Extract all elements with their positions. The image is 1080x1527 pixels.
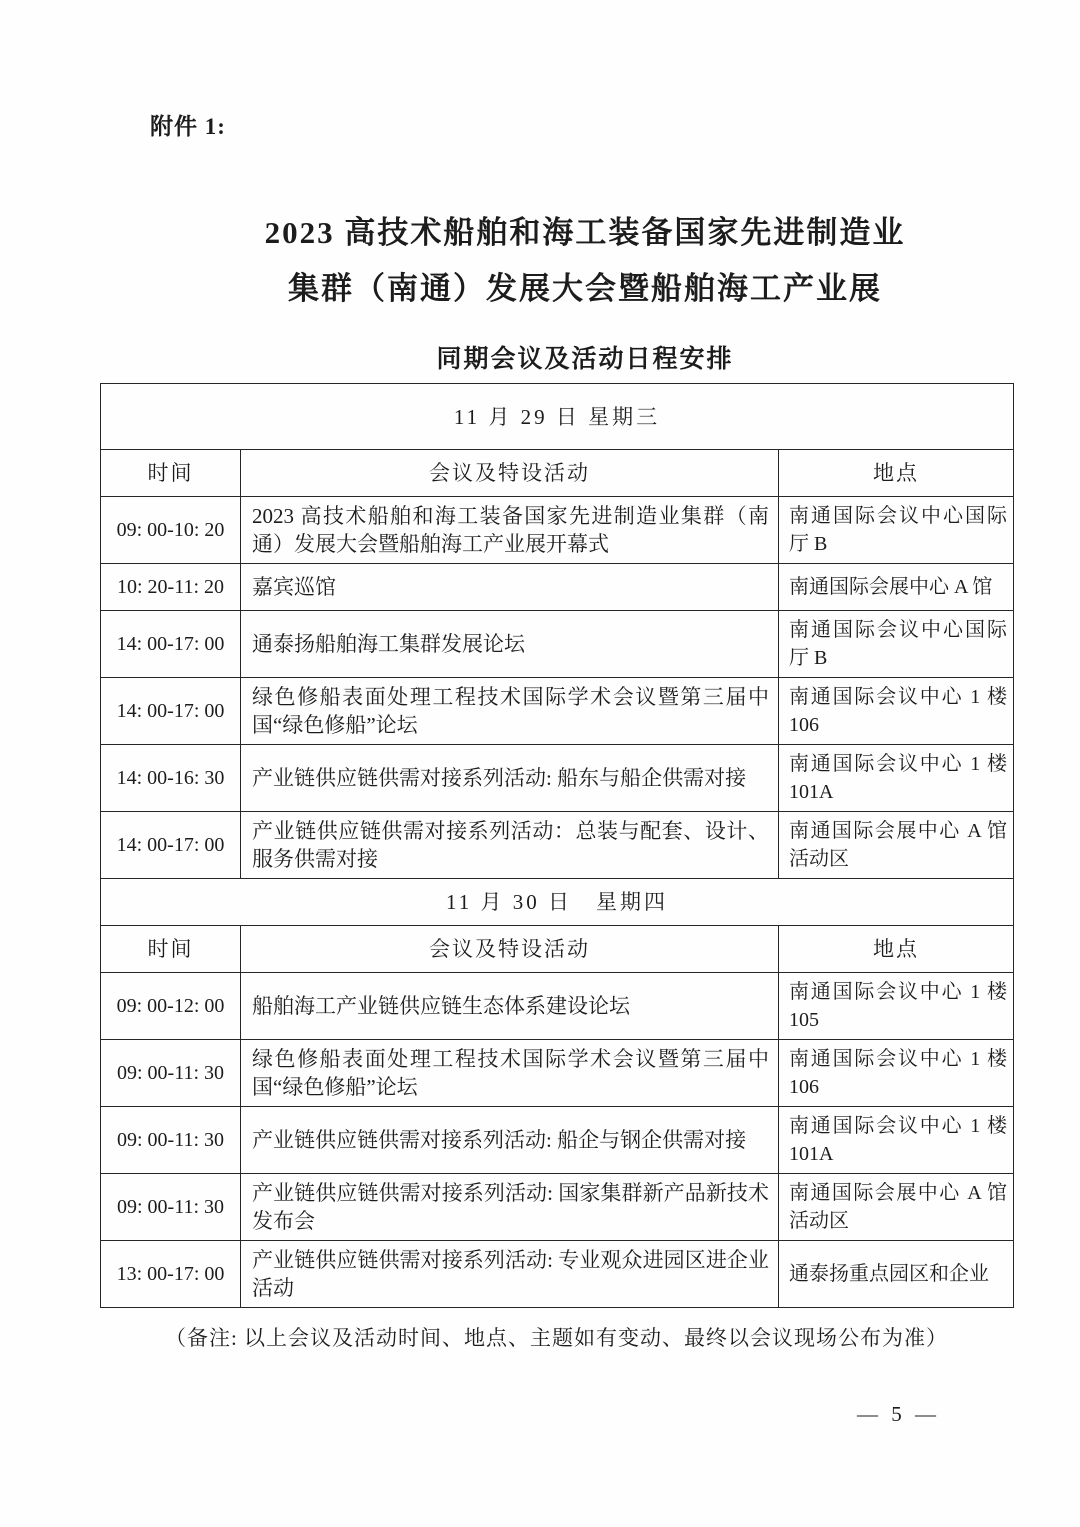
column-header-time: 时间 (101, 926, 241, 973)
schedule-row: 09: 00-11: 30 产业链供应链供需对接系列活动: 船企与钢企供需对接 … (101, 1107, 1014, 1174)
time-cell: 09: 00-11: 30 (101, 1107, 241, 1174)
day1-date-row: 11 月 29 日 星期三 (101, 384, 1014, 450)
column-header-location: 地点 (779, 926, 1014, 973)
schedule-row: 09: 00-10: 20 2023 高技术船舶和海工装备国家先进制造业集群（南… (101, 497, 1014, 564)
schedule-subtitle: 同期会议及活动日程安排 (190, 339, 980, 375)
day2-date-row: 11 月 30 日 星期四 (101, 879, 1014, 926)
time-cell: 13: 00-17: 00 (101, 1241, 241, 1308)
time-cell: 09: 00-11: 30 (101, 1040, 241, 1107)
activity-cell: 产业链供应链供需对接系列活动: 船东与船企供需对接 (241, 745, 779, 812)
activity-cell: 2023 高技术船舶和海工装备国家先进制造业集群（南通）发展大会暨船舶海工产业展… (241, 497, 779, 564)
schedule-row: 14: 00-17: 00 绿色修船表面处理工程技术国际学术会议暨第三届中国“绿… (101, 678, 1014, 745)
time-cell: 14: 00-16: 30 (101, 745, 241, 812)
day2-column-header-row: 时间 会议及特设活动 地点 (101, 926, 1014, 973)
attachment-label: 附件 1: (150, 108, 226, 141)
location-cell: 南通国际会议中心 1 楼 101A (779, 1107, 1014, 1174)
document-title-line1: 2023 高技术船舶和海工装备国家先进制造业 (190, 205, 980, 261)
schedule-row: 09: 00-11: 30 产业链供应链供需对接系列活动: 国家集群新产品新技术… (101, 1174, 1014, 1241)
location-cell: 南通国际会议中心国际厅 B (779, 497, 1014, 564)
schedule-note: （备注: 以上会议及活动时间、地点、主题如有变动、最终以会议现场公布为准） (100, 1322, 1013, 1352)
time-cell: 14: 00-17: 00 (101, 812, 241, 879)
time-cell: 09: 00-12: 00 (101, 973, 241, 1040)
schedule-table: 11 月 29 日 星期三 时间 会议及特设活动 地点 09: 00-10: 2… (100, 383, 1014, 1308)
activity-cell: 绿色修船表面处理工程技术国际学术会议暨第三届中国“绿色修船”论坛 (241, 1040, 779, 1107)
document-heading: 2023 高技术船舶和海工装备国家先进制造业 集群（南通）发展大会暨船舶海工产业… (190, 205, 980, 375)
location-cell: 南通国际会议中心 1 楼 106 (779, 1040, 1014, 1107)
activity-cell: 产业链供应链供需对接系列活动：总装与配套、设计、服务供需对接 (241, 812, 779, 879)
time-cell: 09: 00-10: 20 (101, 497, 241, 564)
location-cell: 南通国际会议中心国际厅 B (779, 611, 1014, 678)
schedule-row: 14: 00-16: 30 产业链供应链供需对接系列活动: 船东与船企供需对接 … (101, 745, 1014, 812)
time-cell: 09: 00-11: 30 (101, 1174, 241, 1241)
location-cell: 通泰扬重点园区和企业 (779, 1241, 1014, 1308)
schedule-row: 14: 00-17: 00 产业链供应链供需对接系列活动：总装与配套、设计、服务… (101, 812, 1014, 879)
location-cell: 南通国际会展中心 A 馆活动区 (779, 1174, 1014, 1241)
time-cell: 14: 00-17: 00 (101, 678, 241, 745)
schedule-row: 09: 00-11: 30 绿色修船表面处理工程技术国际学术会议暨第三届中国“绿… (101, 1040, 1014, 1107)
time-cell: 14: 00-17: 00 (101, 611, 241, 678)
day1-column-header-row: 时间 会议及特设活动 地点 (101, 450, 1014, 497)
activity-cell: 产业链供应链供需对接系列活动: 船企与钢企供需对接 (241, 1107, 779, 1174)
day2-date-header: 11 月 30 日 星期四 (101, 879, 1014, 926)
document-title-line2: 集群（南通）发展大会暨船舶海工产业展 (190, 261, 980, 317)
time-cell: 10: 20-11: 20 (101, 564, 241, 611)
activity-cell: 产业链供应链供需对接系列活动: 国家集群新产品新技术发布会 (241, 1174, 779, 1241)
activity-cell: 船舶海工产业链供应链生态体系建设论坛 (241, 973, 779, 1040)
column-header-activity: 会议及特设活动 (241, 926, 779, 973)
column-header-location: 地点 (779, 450, 1014, 497)
column-header-activity: 会议及特设活动 (241, 450, 779, 497)
activity-cell: 通泰扬船舶海工集群发展论坛 (241, 611, 779, 678)
schedule-row: 10: 20-11: 20 嘉宾巡馆 南通国际会展中心 A 馆 (101, 564, 1014, 611)
day1-date-header: 11 月 29 日 星期三 (101, 384, 1014, 450)
page-number: — 5 — (857, 1402, 940, 1427)
location-cell: 南通国际会展中心 A 馆活动区 (779, 812, 1014, 879)
activity-cell: 绿色修船表面处理工程技术国际学术会议暨第三届中国“绿色修船”论坛 (241, 678, 779, 745)
location-cell: 南通国际会展中心 A 馆 (779, 564, 1014, 611)
location-cell: 南通国际会议中心 1 楼 101A (779, 745, 1014, 812)
location-cell: 南通国际会议中心 1 楼 106 (779, 678, 1014, 745)
schedule-row: 14: 00-17: 00 通泰扬船舶海工集群发展论坛 南通国际会议中心国际厅 … (101, 611, 1014, 678)
schedule-row: 09: 00-12: 00 船舶海工产业链供应链生态体系建设论坛 南通国际会议中… (101, 973, 1014, 1040)
column-header-time: 时间 (101, 450, 241, 497)
location-cell: 南通国际会议中心 1 楼 105 (779, 973, 1014, 1040)
document-page: 附件 1: 2023 高技术船舶和海工装备国家先进制造业 集群（南通）发展大会暨… (0, 0, 1080, 1527)
activity-cell: 嘉宾巡馆 (241, 564, 779, 611)
activity-cell: 产业链供应链供需对接系列活动: 专业观众进园区进企业活动 (241, 1241, 779, 1308)
schedule-row: 13: 00-17: 00 产业链供应链供需对接系列活动: 专业观众进园区进企业… (101, 1241, 1014, 1308)
